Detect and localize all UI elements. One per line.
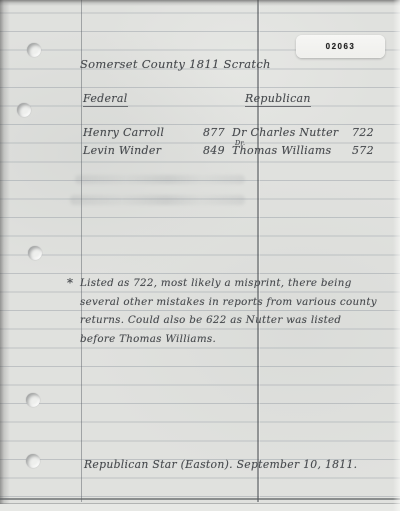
page-edge-bottom <box>0 498 400 500</box>
page-edge-left <box>0 0 10 511</box>
republican-vote-count: 572 <box>352 144 374 157</box>
federal-candidate-name: Levin Winder <box>83 144 161 157</box>
catalog-sticker: 02063 <box>296 35 385 58</box>
federal-candidate-name: Henry Carroll <box>83 126 164 139</box>
column-header-republican: Republican <box>245 92 311 107</box>
source-citation: Republican Star (Easton). September 10, … <box>84 458 357 471</box>
footnote-line: Listed as 722, most likely a misprint, t… <box>80 277 352 289</box>
federal-vote-count: 877 <box>203 126 225 139</box>
republican-vote-count: 722 <box>352 126 374 139</box>
federal-vote-count: 849 <box>203 144 225 157</box>
erased-pencil-smudge <box>75 175 245 184</box>
punch-hole <box>17 103 31 117</box>
footnote-line: before Thomas Williams. <box>80 333 216 345</box>
punch-hole <box>26 454 40 468</box>
page-title: Somerset County 1811 Scratch <box>80 57 271 71</box>
ruled-lines <box>0 0 400 502</box>
page-edge-right <box>393 0 400 511</box>
sticker-number: 02063 <box>326 42 356 51</box>
margin-rule-line <box>81 0 82 502</box>
erased-pencil-smudge <box>70 195 245 205</box>
page-edge-top <box>0 0 400 6</box>
column-header-federal: Federal <box>83 92 128 107</box>
republican-candidate-name: Dr Charles Nutter <box>232 126 338 139</box>
punch-hole <box>28 246 42 260</box>
punch-hole <box>27 43 41 57</box>
scanned-notebook-page: 02063 Somerset County 1811 Scratch Feder… <box>0 0 400 511</box>
footnote-line: returns. Could also be 622 as Nutter was… <box>80 314 341 326</box>
punch-hole <box>26 393 40 407</box>
footnote-line: several other mistakes in reports from v… <box>80 296 377 308</box>
republican-candidate-name: Thomas Williams <box>232 144 332 157</box>
page-crease-line <box>257 0 260 502</box>
footnote-marker: * <box>67 276 73 290</box>
area-below-page <box>0 504 400 511</box>
